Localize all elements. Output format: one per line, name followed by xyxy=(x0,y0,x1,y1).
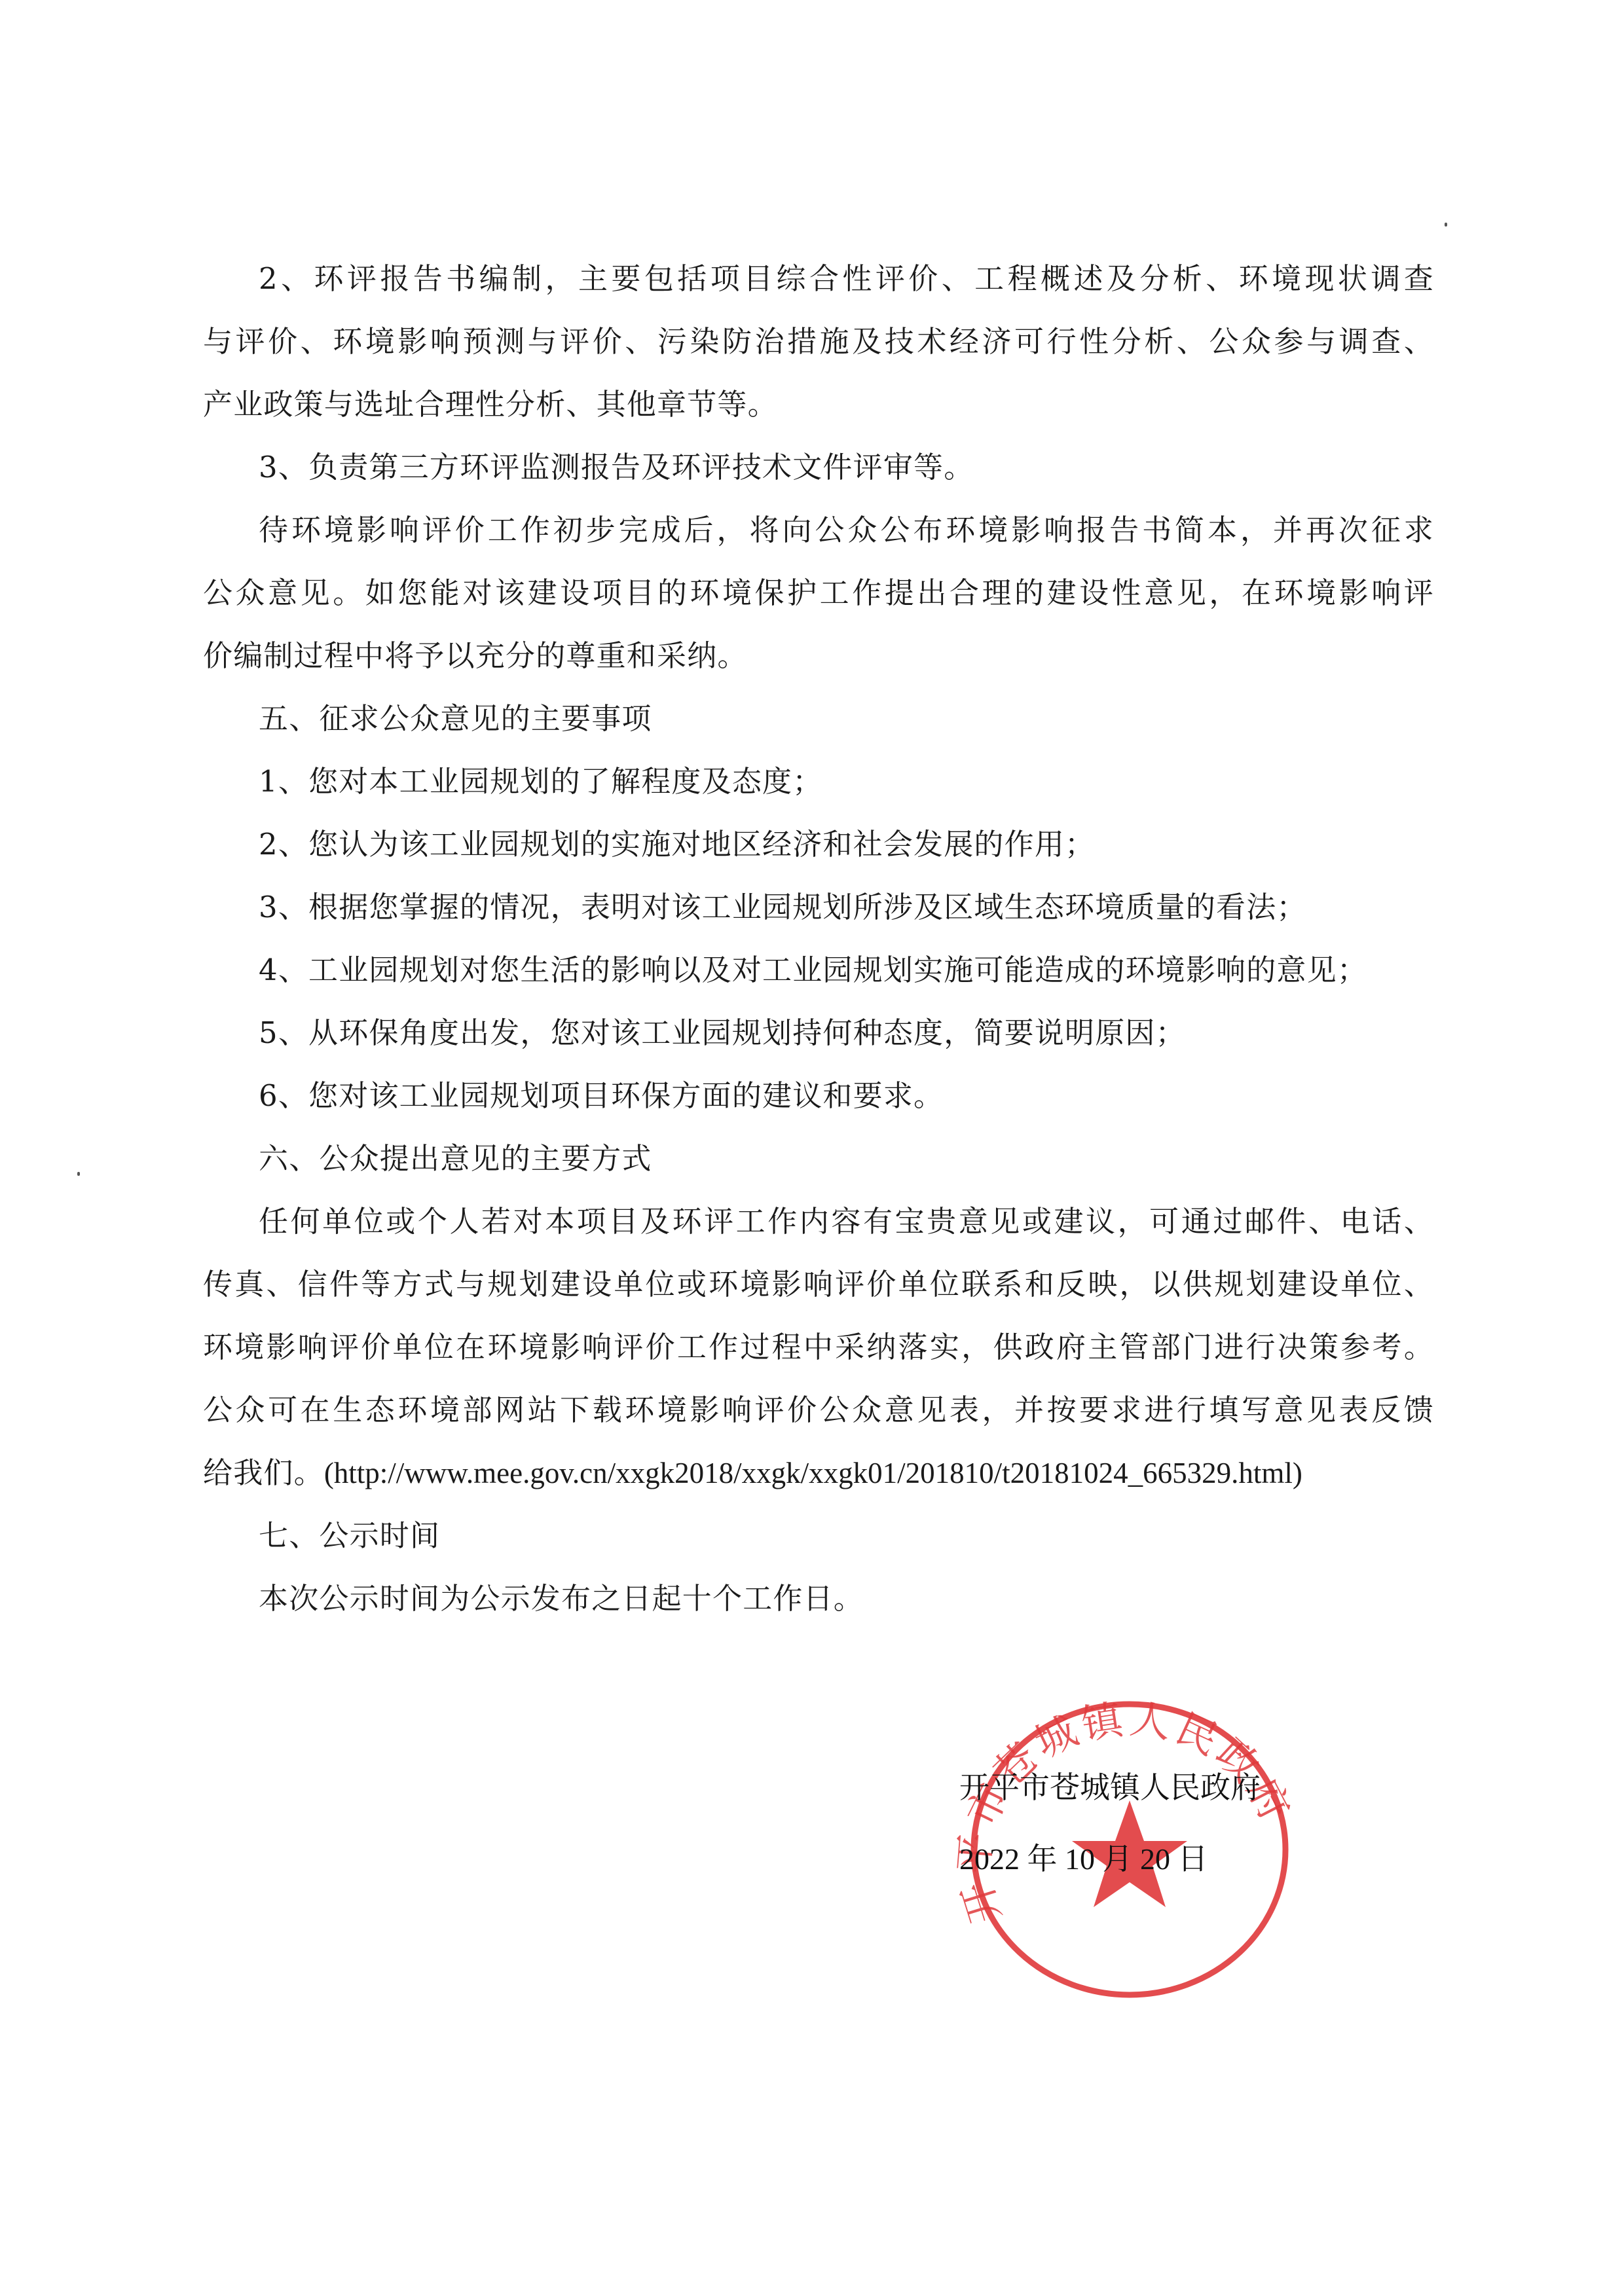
text-prefix: 给我们。 xyxy=(203,1455,324,1490)
opinion-form-url[interactable]: (http://www.mee.gov.cn/xxgk2018/xxgk/xxg… xyxy=(324,1457,1302,1489)
paragraph-follow-up: 待环境影响评价工作初步完成后，将向公众公布环境影响报告书简本，并再次征求 公众意… xyxy=(203,499,1434,687)
text-line-with-url: 给我们。(http://www.mee.gov.cn/xxgk2018/xxgk… xyxy=(203,1442,1434,1504)
signature-block: 开平市苍城镇人民政府 2022 年 10 月 20 日 xyxy=(959,1761,1261,1886)
text-line: 产业政策与选址合理性分析、其他章节等。 xyxy=(203,373,1434,436)
list-item: 3、根据您掌握的情况，表明对该工业园规划所涉及区域生态环境质量的看法； xyxy=(203,876,1434,939)
text-line: 公众可在生态环境部网站下载环境影响评价公众意见表，并按要求进行填写意见表反馈 xyxy=(203,1379,1434,1442)
list-item: 2、您认为该工业园规划的实施对地区经济和社会发展的作用； xyxy=(203,813,1434,876)
section-7: 七、公示时间 本次公示时间为公示发布之日起十个工作日。 xyxy=(203,1504,1434,1630)
list-item: 1、您对本工业园规划的了解程度及态度； xyxy=(203,750,1434,813)
text-line: 2、环评报告书编制，主要包括项目综合性评价、工程概述及分析、环境现状调查 xyxy=(203,247,1434,310)
section-6: 六、公众提出意见的主要方式 任何单位或个人若对本项目及环评工作内容有宝贵意见或建… xyxy=(203,1127,1434,1504)
section-heading: 五、征求公众意见的主要事项 xyxy=(203,687,1434,750)
list-item: 5、从环保角度出发，您对该工业园规划持何种态度，简要说明原因； xyxy=(203,1002,1434,1065)
paragraph-item-3: 3、负责第三方环评监测报告及环评技术文件评审等。 xyxy=(203,436,1434,499)
list-item: 6、您对该工业园规划项目环保方面的建议和要求。 xyxy=(203,1065,1434,1127)
text-line: 3、负责第三方环评监测报告及环评技术文件评审等。 xyxy=(203,436,1434,499)
signing-date: 2022 年 10 月 20 日 xyxy=(959,1833,1261,1886)
text-line: 价编制过程中将予以充分的尊重和采纳。 xyxy=(203,625,1434,687)
paragraph-item-2: 2、环评报告书编制，主要包括项目综合性评价、工程概述及分析、环境现状调查 与评价… xyxy=(203,247,1434,436)
text-line: 任何单位或个人若对本项目及环评工作内容有宝贵意见或建议，可通过邮件、电话、 xyxy=(203,1190,1434,1253)
text-line: 公众意见。如您能对该建设项目的环境保护工作提出合理的建设性意见，在环境影响评 xyxy=(203,562,1434,625)
section-5: 五、征求公众意见的主要事项 1、您对本工业园规划的了解程度及态度； 2、您认为该… xyxy=(203,687,1434,1127)
signing-organization: 开平市苍城镇人民政府 xyxy=(959,1761,1261,1813)
text-line: 传真、信件等方式与规划建设单位或环境影响评价单位联系和反映，以供规划建设单位、 xyxy=(203,1253,1434,1316)
text-line: 环境影响评价单位在环境影响评价工作过程中采纳落实，供政府主管部门进行决策参考。 xyxy=(203,1316,1434,1379)
text-line: 待环境影响评价工作初步完成后，将向公众公布环境影响报告书简本，并再次征求 xyxy=(203,499,1434,562)
text-line: 本次公示时间为公示发布之日起十个工作日。 xyxy=(203,1567,1434,1630)
scan-speck xyxy=(77,1172,80,1176)
scan-speck xyxy=(1445,223,1447,227)
section-heading: 六、公众提出意见的主要方式 xyxy=(203,1127,1434,1190)
text-line: 与评价、环境影响预测与评价、污染防治措施及技术经济可行性分析、公众参与调查、 xyxy=(203,310,1434,373)
section-heading: 七、公示时间 xyxy=(203,1504,1434,1567)
document-body: 2、环评报告书编制，主要包括项目综合性评价、工程概述及分析、环境现状调查 与评价… xyxy=(203,247,1434,1630)
list-item: 4、工业园规划对您生活的影响以及对工业园规划实施可能造成的环境影响的意见； xyxy=(203,939,1434,1002)
